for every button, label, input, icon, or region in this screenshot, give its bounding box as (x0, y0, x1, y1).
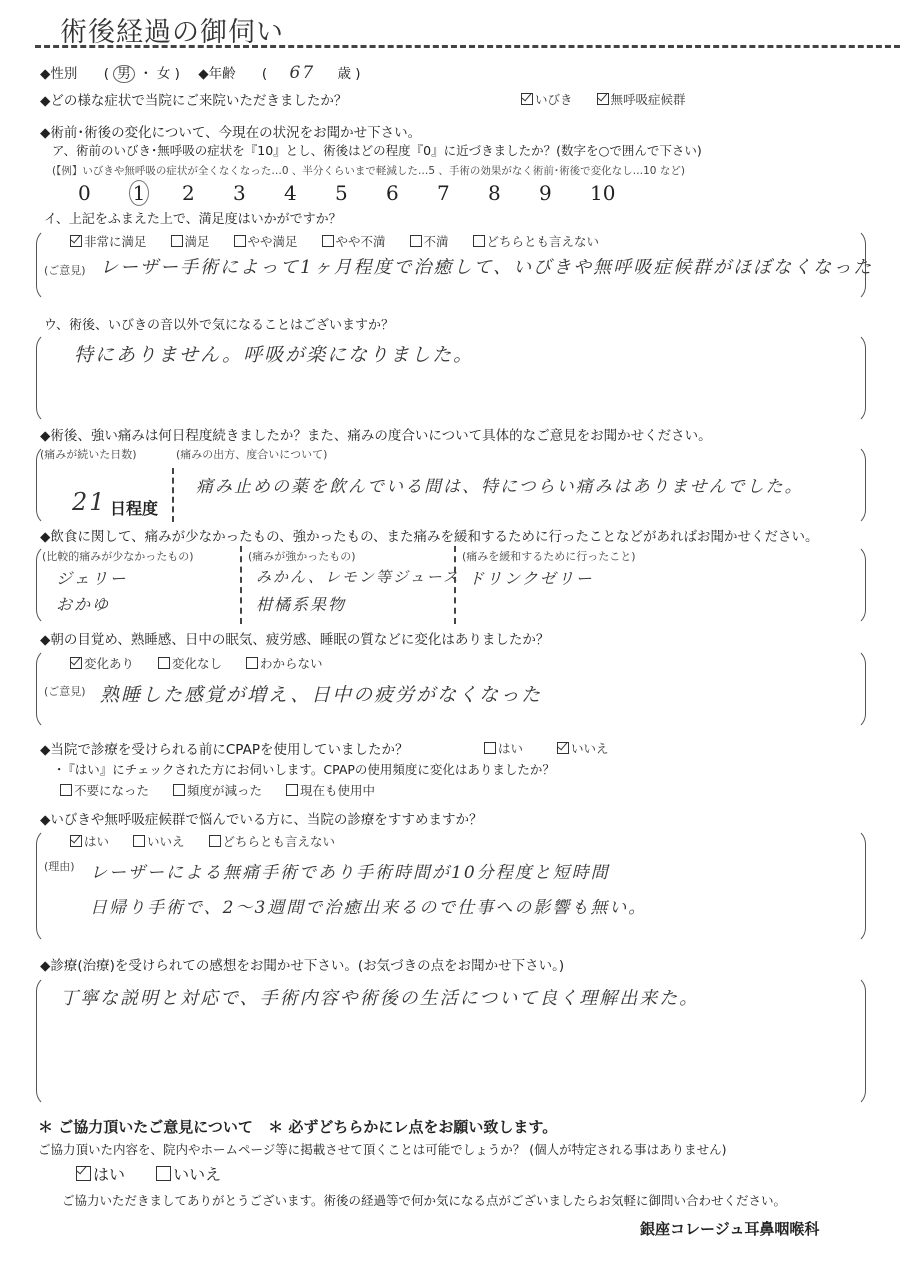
food-less-pain-2[interactable]: おかゆ (56, 592, 110, 615)
option-dissatisfied[interactable]: 不満 (410, 234, 449, 249)
scale-6[interactable]: 6 (386, 181, 437, 205)
recommend-reason-2[interactable]: 日帰り手術で、2〜3週間で治癒出来るので仕事への影響も無い。 (90, 893, 647, 918)
scale-2[interactable]: 2 (182, 181, 233, 205)
satisfaction-options: 非常に満足 満足 やや満足 やや不満 不満 どちらとも言えない (70, 232, 619, 250)
food-divider-1 (240, 546, 242, 624)
checkbox-icon[interactable] (156, 1166, 171, 1181)
scale-0-10: 012345678910 (78, 180, 641, 206)
consent-heading: ＊ ご協力頂いたご意見について ＊ 必ずどちらかにレ点をお願い致します。 (38, 1116, 557, 1137)
pain-detail[interactable]: 痛み止めの薬を飲んでいる間は、特につらい痛みはありませんでした。 (196, 472, 804, 497)
option-somewhat-dissatisfied[interactable]: やや不満 (322, 234, 386, 249)
pain-detail-label: (痛みの出方、度合いについて) (176, 446, 327, 462)
option-very-satisfied[interactable]: 非常に満足 (70, 234, 147, 249)
consent-options: はい いいえ (76, 1162, 241, 1185)
gender-label: ◆性別 (40, 66, 77, 82)
checkbox-icon[interactable] (521, 93, 533, 105)
checkbox-icon[interactable] (410, 235, 422, 247)
consent-question: ご協力頂いた内容を、院内やホームページ等に掲載させて頂くことは可能でしょうか？ … (38, 1140, 726, 1158)
cpap-followup: ･『はい』にチェックされた方にお伺いします。CPAPの使用頻度に変化はありました… (56, 760, 555, 778)
cpap-question: ◆当院で診療を受けられる前にCPAPを使用していましたか？ (40, 738, 408, 758)
checkbox-icon[interactable] (133, 835, 145, 847)
impression-question: ◆診療(治療)を受けられての感想をお聞かせ下さい。(お気づきの点をお聞かせ下さい… (40, 954, 564, 974)
thanks-message: ご協力いただきましてありがとうございます。術後の経過等で何か気になる点がございま… (62, 1191, 786, 1209)
scale-8[interactable]: 8 (488, 181, 539, 205)
scale-3[interactable]: 3 (233, 181, 284, 205)
satisfaction-comment-label: (ご意見) (44, 262, 86, 278)
impression-answer[interactable]: 丁寧な説明と対応で、手術内容や術後の生活について良く理解出来た。 (60, 984, 699, 1010)
satisfaction-comment[interactable]: レーザー手術によって1ヶ月程度で治癒して、いびきや無呼吸症候群がほぼなくなった (100, 253, 873, 279)
option-still-using[interactable]: 現在も使用中 (286, 783, 375, 798)
food-strong-pain-1[interactable]: みかん、レモン等ジュース (256, 566, 460, 587)
checkbox-icon[interactable] (597, 93, 609, 105)
age-label: ◆年齢 (198, 66, 235, 82)
option-unknown[interactable]: わからない (246, 656, 323, 671)
other-answer[interactable]: 特にありません。呼吸が楽になりました。 (74, 340, 474, 367)
age-value[interactable]: 67 (290, 63, 316, 83)
checkbox-icon[interactable] (171, 235, 183, 247)
gender-option-female[interactable]: 女 (157, 66, 171, 82)
change-sub-a: ア、術前のいびき･無呼吸の症状を『10』とし、術後はどの程度『0』に近づきました… (52, 141, 702, 159)
cpap-followup-options: 不要になった 頻度が減った 現在も使用中 (60, 781, 395, 799)
option-somewhat-satisfied[interactable]: やや満足 (234, 234, 298, 249)
scale-5[interactable]: 5 (335, 181, 386, 205)
recommend-reason-1[interactable]: レーザーによる無痛手術であり手術時間が10分程度と短時間 (90, 858, 610, 883)
recommend-reason-label: (理由) (44, 858, 75, 874)
change-example: (【例】いびきや無呼吸の症状が全くなくなった…0 、半分くらいまで軽減した…5 … (52, 163, 685, 178)
option-recommend-neutral[interactable]: どちらとも言えない (209, 834, 336, 849)
option-recommend-no[interactable]: いいえ (133, 834, 185, 849)
pain-days-label: (痛みが続いた日数) (40, 446, 137, 462)
scale-9[interactable]: 9 (539, 181, 590, 205)
age-unit: 歳 (337, 66, 351, 82)
pain-question: ◆術後、強い痛みは何日程度続きましたか？また、痛みの度合いについて具体的なご意見… (40, 424, 712, 444)
food-divider-2 (454, 546, 456, 624)
scale-0[interactable]: 0 (78, 181, 129, 205)
checkbox-icon[interactable] (70, 835, 82, 847)
option-cpap-no[interactable]: いいえ (557, 741, 609, 756)
checkbox-icon[interactable] (173, 784, 185, 796)
checkbox-icon[interactable] (322, 235, 334, 247)
scale-7[interactable]: 7 (437, 181, 488, 205)
checkbox-icon[interactable] (70, 657, 82, 669)
other-question: ウ、術後、いびきの音以外で気になることはございますか？ (44, 314, 394, 333)
checkbox-icon[interactable] (60, 784, 72, 796)
option-neutral[interactable]: どちらとも言えない (473, 234, 600, 249)
scale-1-selected[interactable]: 1 (129, 180, 149, 206)
food-relief-label: (痛みを緩和するために行ったこと) (462, 548, 636, 564)
satisfaction-question: イ、上記をふまえた上で、満足度はいかがですか？ (44, 208, 342, 227)
change-question: ◆術前･術後の変化について、今現在の状況をお聞かせ下さい。 (40, 121, 421, 141)
cpap-options: はい いいえ (484, 739, 629, 757)
checkbox-icon[interactable] (557, 742, 569, 754)
food-less-pain-1[interactable]: ジェリー (56, 566, 128, 589)
title-divider (35, 45, 900, 48)
option-snoring[interactable]: いびき (521, 92, 573, 107)
food-strong-pain-2[interactable]: 柑橘系果物 (256, 592, 346, 615)
option-unchanged[interactable]: 変化なし (158, 656, 222, 671)
option-less-frequent[interactable]: 頻度が減った (173, 783, 262, 798)
food-less-pain-label: (比較的痛みが少なかったもの) (42, 548, 194, 564)
option-sleep-apnea[interactable]: 無呼吸症候群 (597, 92, 686, 107)
profile-row: ◆性別 ( 男 ・ 女 ) ◆年齢 ( 67 歳 ) (40, 62, 361, 83)
page-title: 術後経過の御伺い (60, 10, 284, 49)
option-recommend-yes[interactable]: はい (70, 834, 109, 849)
option-consent-no[interactable]: いいえ (156, 1165, 221, 1184)
food-relief-1[interactable]: ドリンクゼリー (468, 566, 594, 589)
checkbox-icon[interactable] (209, 835, 221, 847)
pain-days-unit: 日程度 (110, 496, 158, 519)
checkbox-icon[interactable] (473, 235, 485, 247)
symptoms-options: いびき 無呼吸症候群 (521, 90, 706, 108)
checkbox-icon[interactable] (158, 657, 170, 669)
food-strong-pain-label: (痛みが強かったもの) (248, 548, 356, 564)
option-consent-yes[interactable]: はい (76, 1165, 125, 1184)
symptoms-question: ◆どの様な症状で当院にご来院いただきましたか？ (40, 89, 347, 109)
sleep-question: ◆朝の目覚め、熟睡感、日中の眠気、疲労感、睡眠の質などに変化はありましたか？ (40, 628, 549, 648)
option-changed[interactable]: 変化あり (70, 656, 134, 671)
sleep-comment-label: (ご意見) (44, 683, 86, 699)
clinic-name: 銀座コレージュ耳鼻咽喉科 (640, 1218, 819, 1239)
checkbox-icon[interactable] (70, 235, 82, 247)
checkbox-icon[interactable] (246, 657, 258, 669)
option-no-longer-needed[interactable]: 不要になった (60, 783, 149, 798)
checkbox-icon[interactable] (234, 235, 246, 247)
scale-10[interactable]: 10 (590, 181, 641, 205)
sleep-comment[interactable]: 熟睡した感覚が増え、日中の疲労がなくなった (100, 680, 542, 707)
recommend-question: ◆いびきや無呼吸症候群で悩んでいる方に、当院の診療をすすめますか？ (40, 808, 483, 828)
checkbox-icon[interactable] (76, 1166, 91, 1181)
checkbox-icon[interactable] (286, 784, 298, 796)
option-satisfied[interactable]: 満足 (171, 234, 210, 249)
scale-4[interactable]: 4 (284, 181, 335, 205)
checkbox-icon[interactable] (484, 742, 496, 754)
sleep-options: 変化あり 変化なし わからない (70, 654, 343, 672)
option-cpap-yes[interactable]: はい (484, 741, 523, 756)
recommend-options: はい いいえ どちらとも言えない (70, 832, 355, 850)
pain-days-value[interactable]: 21 (72, 488, 107, 516)
pain-divider (172, 468, 174, 522)
gender-option-male[interactable]: 男 (113, 65, 135, 83)
food-question: ◆飲食に関して、痛みが少なかったもの、強かったもの、また痛みを緩和するために行っ… (40, 525, 819, 545)
